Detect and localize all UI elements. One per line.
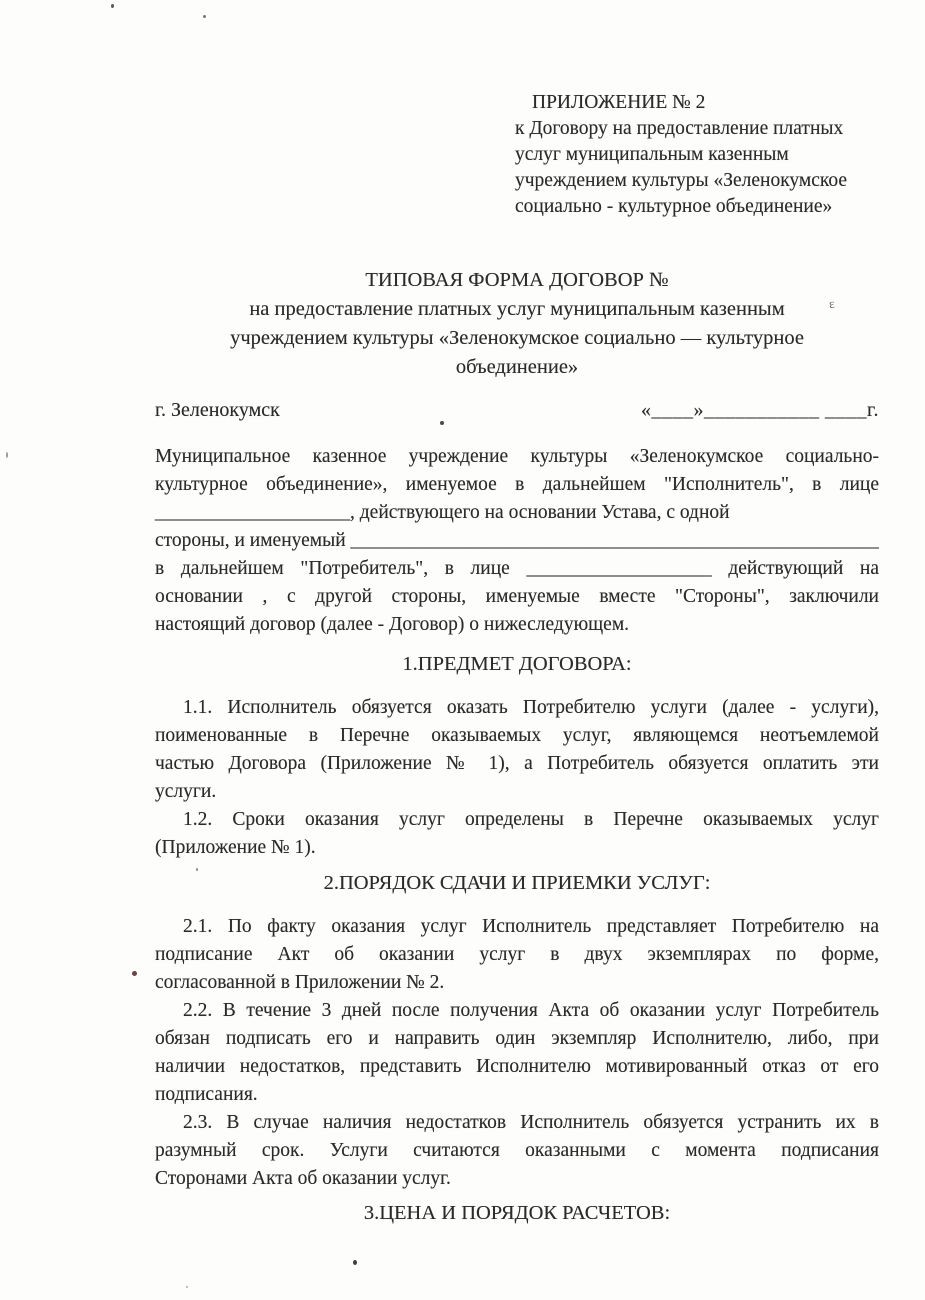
text-line: разумный срок. Услуги считаются оказанны… (155, 1137, 879, 1165)
clause-1-2: 1.2. Сроки оказания услуг определены в П… (155, 806, 879, 862)
text-line: подписание Акт об оказании услуг в двух … (155, 941, 879, 969)
preamble-paragraph: Муниципальное казенное учреждение культу… (155, 443, 879, 639)
text-line: 1.1. Исполнитель обязуется оказать Потре… (155, 694, 879, 722)
appendix-header: ПРИЛОЖЕНИЕ № 2к Договору на предоставлен… (515, 90, 879, 220)
text-line: подписания. (155, 1081, 879, 1109)
text-line: культурное объединение», именуемое в дал… (155, 471, 879, 499)
text-line: поименованные в Перечне оказываемых услу… (155, 722, 879, 750)
clause-2-3: 2.3. В случае наличия недостатков Исполн… (155, 1109, 879, 1193)
text-line: основании , с другой стороны, именуемые … (155, 583, 879, 611)
text-line: 2.1. По факту оказания услуг Исполнитель… (155, 913, 879, 941)
text-line: (Приложение № 1). (155, 834, 879, 862)
clause-1-1: 1.1. Исполнитель обязуется оказать Потре… (155, 694, 879, 806)
text-line: социально - культурное объединение» (515, 194, 879, 220)
text-line: наличии недостатков, представить Исполни… (155, 1053, 879, 1081)
text-line: Сторонами Акта об оказании услуг. (155, 1165, 879, 1193)
text-line: 1.2. Сроки оказания услуг определены в П… (155, 806, 879, 834)
text-line: к Договору на предоставление платных (515, 116, 879, 142)
text-line: на предоставление платных услуг муниципа… (155, 295, 879, 324)
text-line: объединение» (155, 353, 879, 382)
text-line: настоящий договор (далее - Договор) о ни… (155, 611, 879, 639)
text-line: учреждением культуры «Зеленокумское (515, 168, 879, 194)
city-name: г. Зеленокумск (155, 396, 280, 424)
text-line: согласованной в Приложении № 2. (155, 969, 879, 997)
date-blank-field: «____»___________ ____г. (641, 396, 879, 424)
clause-2-2: 2.2. В течение 3 дней после получения Ак… (155, 997, 879, 1109)
text-line: ПРИЛОЖЕНИЕ № 2 (515, 90, 879, 116)
text-line: ТИПОВАЯ ФОРМА ДОГОВОР № (155, 266, 879, 295)
text-line: услуг муниципальным казенным (515, 142, 879, 168)
text-line: учреждением культуры «Зеленокумское соци… (155, 324, 879, 353)
contract-title: ТИПОВАЯ ФОРМА ДОГОВОР №на предоставление… (155, 266, 879, 382)
text-line: 2.3. В случае наличия недостатков Исполн… (155, 1109, 879, 1137)
text-line: Муниципальное казенное учреждение культу… (155, 443, 879, 471)
text-line: частью Договора (Приложение № 1), а Потр… (155, 750, 879, 778)
city-date-row: г. Зеленокумск «____»___________ ____г. (155, 396, 879, 424)
section-3-heading: 3.ЦЕНА И ПОРЯДОК РАСЧЕТОВ: (155, 1199, 879, 1227)
clause-2-1: 2.1. По факту оказания услуг Исполнитель… (155, 913, 879, 997)
text-line: обязан подписать его и направить один эк… (155, 1025, 879, 1053)
text-line: стороны, и именуемый ___________________… (155, 527, 879, 555)
section-1-heading: 1.ПРЕДМЕТ ДОГОВОРА: (155, 650, 879, 678)
scanned-document-page: ПРИЛОЖЕНИЕ № 2к Договору на предоставлен… (0, 0, 925, 1300)
text-line: 2.2. В течение 3 дней после получения Ак… (155, 997, 879, 1025)
section-2-heading: 2.ПОРЯДОК СДАЧИ И ПРИЕМКИ УСЛУГ: (155, 869, 879, 897)
text-line: ____________________, действующего на ос… (155, 499, 879, 527)
text-line: в дальнейшем "Потребитель", в лице _____… (155, 555, 879, 583)
text-line: услуги. (155, 778, 879, 806)
